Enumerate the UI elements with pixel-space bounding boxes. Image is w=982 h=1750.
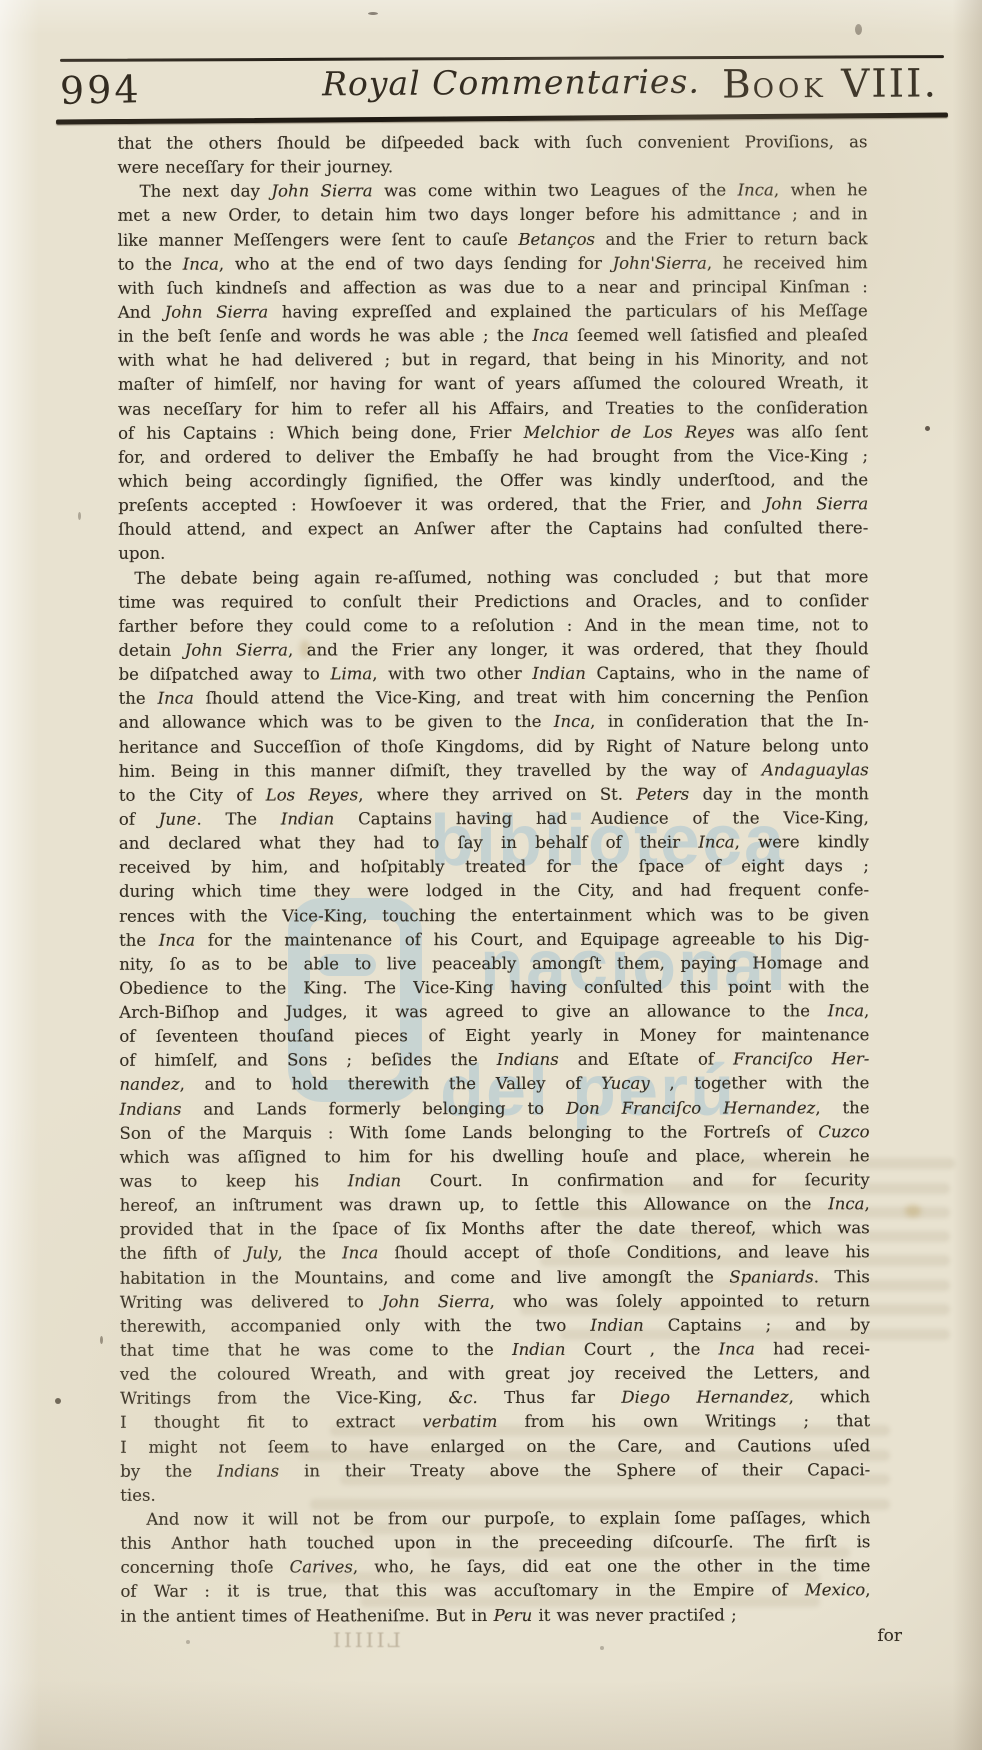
text-segment: were neceſſary for their journey. <box>117 157 393 177</box>
italic-word: Inca <box>719 1339 755 1358</box>
bleedthrough-signature: LIIIII <box>330 1628 401 1652</box>
text-line: of his Captains : Which being done, Frie… <box>118 420 868 446</box>
text-segment: for the maintenance of his Court, and Eq… <box>195 929 869 949</box>
italic-word: Inca <box>828 1194 864 1213</box>
text-segment: . This <box>814 1267 870 1286</box>
text-line: this Anthor hath touched upon in the pre… <box>120 1530 870 1556</box>
text-line: I might not ſeem to have enlarged on the… <box>120 1434 870 1460</box>
text-line: which was aſſigned to him for his dwelli… <box>120 1144 870 1170</box>
text-line: nandez, and to hold therewith the Valley… <box>119 1072 869 1098</box>
text-line: therewith, accompanied only with the two… <box>120 1313 870 1339</box>
text-segment: to the <box>118 254 183 273</box>
ink-speck <box>186 1640 190 1644</box>
text-segment: and declared what they had to ſay in beh… <box>119 833 698 853</box>
italic-word: &c. <box>449 1388 478 1407</box>
italic-word: Indian <box>590 1316 643 1335</box>
text-segment: Son of the Marquis : With ſome Lands bel… <box>120 1122 819 1142</box>
text-segment: , were kindly <box>735 832 869 851</box>
text-segment: by the <box>120 1461 217 1480</box>
text-segment: farther before they could come to a reſo… <box>118 615 868 636</box>
italic-word: Don Franciſco Hernandez <box>566 1098 815 1118</box>
italic-word: Peters <box>636 784 689 803</box>
ink-speck <box>78 512 81 520</box>
text-segment: And <box>118 303 165 322</box>
book-heading: Book VIII. <box>722 61 938 107</box>
text-segment: Thus far <box>478 1388 622 1407</box>
text-line: be diſpatched away to Lima, with two oth… <box>119 661 869 687</box>
book-smallcaps: ook <box>753 74 827 104</box>
text-segment: and the Frier to return back <box>595 229 868 249</box>
text-segment: of ſeventeen thouſand pieces of Eight ye… <box>119 1025 869 1046</box>
text-segment: this Anthor hath touched upon in the pre… <box>120 1532 870 1553</box>
text-line: hereof, an inſtrument was drawn up, to ſ… <box>120 1192 870 1218</box>
text-segment: the <box>119 930 159 949</box>
text-segment: it was never practiſed ; <box>532 1605 736 1624</box>
italic-word: Inca <box>158 689 194 708</box>
text-segment: having expreſſed and explained the parti… <box>268 301 868 321</box>
text-segment: like manner Meſſengers were ſent to cauſ… <box>118 230 519 250</box>
text-segment: him. Being in this manner diſmiſt, they … <box>119 760 762 780</box>
text-segment: Writings from the Vice-King, <box>120 1388 448 1408</box>
text-segment: ſhould attend, and expect an Anſwer afte… <box>118 518 868 539</box>
italic-word: John Sierra <box>165 302 269 321</box>
text-segment: in the beſt ſenſe and words he was able … <box>118 326 533 346</box>
text-segment: , who, he ſays, did eat one the other in… <box>353 1557 871 1577</box>
italic-word: Melchior de Los Reyes <box>524 422 735 441</box>
text-line: in the antient times of Heatheniſme. But… <box>121 1603 871 1629</box>
text-line: received by him, and hoſpitably treated … <box>119 854 869 880</box>
italic-word: Peru <box>494 1605 533 1624</box>
italic-word: Cuzco <box>818 1122 869 1141</box>
text-line: habitation in the Mountains, and come an… <box>120 1265 870 1291</box>
text-line: ved the coloured Wreath, and with great … <box>120 1361 870 1387</box>
text-segment: , which <box>789 1388 871 1407</box>
text-line: provided that in the ſpace of ſix Months… <box>120 1217 870 1243</box>
text-line: ſhould attend, and expect an Anſwer afte… <box>118 516 868 542</box>
text-line: which being accordingly ſignified, the O… <box>118 468 868 494</box>
italic-word: Carives <box>290 1558 353 1577</box>
italic-word: Diego Hernandez <box>621 1388 788 1407</box>
italic-word: John Sierra <box>271 182 372 201</box>
body-text: that the others ſhould be diſpeeded back… <box>117 130 870 1628</box>
text-line: Writings from the Vice-King, &c. Thus fa… <box>120 1386 870 1412</box>
text-segment: I might not ſeem to have enlarged on the… <box>120 1436 870 1457</box>
italic-word: Inca <box>159 930 195 949</box>
text-segment: for, and ordered to deliver the Embaſſy … <box>118 446 868 467</box>
ink-speck <box>600 1646 604 1650</box>
italic-word: Indian <box>348 1171 401 1190</box>
text-segment: And now it will not be from our purpoſe,… <box>146 1508 870 1529</box>
text-line: Indians and Lands formerly belonging to … <box>119 1096 869 1122</box>
text-line: And John Sierra having expreſſed and exp… <box>118 299 868 325</box>
text-segment: upon. <box>118 544 165 563</box>
text-segment: therewith, accompanied only with the two <box>120 1316 590 1336</box>
italic-word: Inca <box>698 833 734 852</box>
text-segment: Court. In confirmation and for ſecurity <box>401 1170 870 1190</box>
ink-speck <box>100 1336 103 1344</box>
italic-word: Indian <box>512 1340 565 1359</box>
text-segment: , and to hold therewith the Valley of <box>180 1074 602 1094</box>
text-segment: , the <box>815 1098 869 1117</box>
text-line: in the beſt ſenſe and words he was able … <box>118 323 868 349</box>
ink-speck <box>925 426 930 431</box>
text-segment: time was required to conſult their Predi… <box>118 591 868 612</box>
italic-word: Inca <box>738 181 774 200</box>
text-segment: ſhould accept of thoſe Conditions, and l… <box>378 1243 869 1263</box>
text-line: Obedience to the King. The Vice-King hav… <box>119 975 869 1001</box>
text-line: And now it will not be from our purpoſe,… <box>120 1506 870 1532</box>
text-segment: , <box>865 1581 870 1600</box>
text-segment: was alſo ſent <box>735 422 868 441</box>
text-line: for, and ordered to deliver the Embaſſy … <box>118 444 868 470</box>
italic-word: July <box>246 1244 278 1263</box>
italic-word: Andaguaylas <box>762 760 869 779</box>
italic-word: Indians <box>217 1461 279 1480</box>
book-page: biblioteca nacional del perú LIIIII 994 … <box>0 0 982 1750</box>
text-line: The next day John Sierra was come within… <box>118 178 868 204</box>
text-segment: Captains ; and by <box>644 1315 870 1334</box>
paragraph: The debate being again re-aſſumed, nothi… <box>118 565 870 1508</box>
text-segment: , with two other <box>372 664 532 683</box>
text-segment: , <box>864 1001 869 1020</box>
text-line: of ſeventeen thouſand pieces of Eight ye… <box>119 1023 869 1049</box>
italic-word: John Sierra <box>382 1292 490 1311</box>
text-segment: , when he <box>774 180 868 199</box>
italic-word: John'Sierra <box>613 253 707 272</box>
italic-word: nandez <box>119 1075 179 1094</box>
book-initial: B <box>722 62 753 107</box>
text-line: was neceſſary for him to refer all his A… <box>118 396 868 422</box>
text-line: the fifth of July, the Inca ſhould accep… <box>120 1241 870 1267</box>
text-segment: . The <box>196 809 280 828</box>
text-segment: ties. <box>120 1486 155 1505</box>
text-segment: , and the Frier any longer, it was order… <box>288 639 869 659</box>
italic-word: Indian <box>281 809 334 828</box>
text-segment: detain <box>118 641 184 660</box>
text-line: met a new Order, to detain him two days … <box>118 203 868 229</box>
text-segment: and allowance which was to be given to t… <box>119 712 554 732</box>
text-segment: habitation in the Mountains, and come an… <box>120 1267 730 1287</box>
text-line: to the Inca, who at the end of two days … <box>118 251 868 277</box>
text-segment: rences with the Vice-King, touching the … <box>119 905 869 926</box>
italic-word: Indian <box>532 664 585 683</box>
text-segment: provided that in the ſpace of ſix Months… <box>120 1219 870 1240</box>
text-line: and allowance which was to be given to t… <box>119 710 869 736</box>
text-segment: Obedience to the King. The Vice-King hav… <box>119 977 869 998</box>
text-segment: received by him, and hoſpitably treated … <box>119 856 869 877</box>
text-segment: heritance and Succeſſion of thoſe Kingdo… <box>119 736 869 757</box>
text-line: The debate being again re-aſſumed, nothi… <box>118 565 868 591</box>
text-segment: Court , the <box>565 1340 718 1359</box>
italic-word: June <box>159 810 197 829</box>
text-segment: ſeemed well ſatisfied and pleaſed <box>569 325 868 345</box>
text-line: I thought fit to extract verbatim from h… <box>120 1410 870 1436</box>
text-segment: maſter of himſelf, nor having for want o… <box>118 374 868 395</box>
text-segment: The next day <box>140 182 272 201</box>
italic-word: Inca <box>828 1001 864 1020</box>
text-segment: The debate being again re-aſſumed, nothi… <box>134 567 868 588</box>
text-segment: that time that he was come to the <box>120 1340 512 1360</box>
paragraph: that the others ſhould be diſpeeded back… <box>117 130 867 180</box>
text-segment: during which time they were lodged in th… <box>119 881 869 902</box>
text-segment: from his own Writings ; that <box>497 1412 870 1432</box>
text-segment: the fifth of <box>120 1244 246 1263</box>
text-line: by the Indians in their Treaty above the… <box>120 1458 870 1484</box>
text-segment: had recei- <box>755 1339 870 1358</box>
text-segment: of <box>119 810 159 829</box>
text-line: and declared what they had to ſay in beh… <box>119 830 869 856</box>
paragraph: The next day John Sierra was come within… <box>118 178 869 566</box>
text-segment: day in the month <box>689 784 869 803</box>
text-segment: , the <box>278 1244 343 1263</box>
text-segment: Captains having had Audience of the Vice… <box>334 808 869 828</box>
text-line: during which time they were lodged in th… <box>119 879 869 905</box>
text-segment: was come within two Leagues of the <box>373 181 738 201</box>
text-line: Son of the Marquis : With ſome Lands bel… <box>120 1120 870 1146</box>
text-segment: in their Treaty above the Sphere of thei… <box>279 1460 870 1480</box>
text-line: that the others ſhould be diſpeeded back… <box>117 130 867 156</box>
text-line: him. Being in this manner diſmiſt, they … <box>119 758 869 784</box>
text-segment: which was aſſigned to him for his dwelli… <box>120 1146 870 1167</box>
italic-word: John Sierra <box>765 494 869 513</box>
text-segment: of himſelf, and Sons ; beſides the <box>119 1050 496 1070</box>
text-line: that time that he was come to the Indian… <box>120 1337 870 1363</box>
italic-word: Franciſco Her- <box>733 1050 869 1069</box>
text-line: Writing was delivered to John Sierra, wh… <box>120 1289 870 1315</box>
text-segment: Arch-Biſhop and Judges, it was agreed to… <box>119 1001 828 1021</box>
italic-word: Los Reyes <box>266 785 359 804</box>
text-segment: which being accordingly ſignified, the O… <box>118 470 868 491</box>
text-line: maſter of himſelf, nor having for want o… <box>118 372 868 398</box>
text-segment: the <box>119 689 158 708</box>
text-line: concerning thoſe Carives, who, he ſays, … <box>120 1555 870 1581</box>
text-line: upon. <box>118 541 868 567</box>
text-segment: , in conſideration that the In- <box>590 712 869 732</box>
text-segment: of his Captains : Which being done, Frie… <box>118 423 524 443</box>
italic-word: John Sierra <box>185 640 288 659</box>
italic-word: Indians <box>497 1050 559 1069</box>
text-line: rences with the Vice-King, touching the … <box>119 903 869 929</box>
italic-word: Inca <box>342 1244 378 1263</box>
italic-word: Betanços <box>518 229 595 248</box>
text-segment: hereof, an inſtrument was drawn up, to ſ… <box>120 1194 829 1214</box>
text-segment: concerning thoſe <box>120 1558 289 1577</box>
header-rule-bottom <box>56 112 948 124</box>
text-segment: , <box>864 1194 869 1213</box>
text-segment: , who at the end of two days ſending for <box>219 253 613 273</box>
text-segment: preſents accepted : Howſoever it was ord… <box>118 495 765 515</box>
text-segment: Captains, who in the name of <box>586 663 869 683</box>
italic-word: verbatim <box>422 1412 497 1431</box>
text-segment: in the antient times of Heatheniſme. But… <box>121 1606 494 1626</box>
italic-word: Inca <box>554 712 590 731</box>
text-segment: to the City of <box>119 785 266 804</box>
text-segment: , together with the <box>650 1074 870 1093</box>
catchword: for <box>877 1626 902 1646</box>
italic-word: Inca <box>533 326 569 345</box>
text-line: was to keep his Indian Court. In confirm… <box>120 1168 870 1194</box>
italic-word: Indians <box>119 1099 181 1118</box>
text-segment: with ſuch kindneſs and affection as was … <box>118 277 868 298</box>
text-segment: Writing was delivered to <box>120 1292 382 1312</box>
text-segment: , where they arrived on St. <box>358 784 636 804</box>
text-line: detain John Sierra, and the Frier any lo… <box>118 637 868 663</box>
text-segment: that the others ſhould be diſpeeded back… <box>117 132 867 153</box>
italic-word: Yucay <box>601 1074 650 1093</box>
text-line: time was required to conſult their Predi… <box>118 589 868 615</box>
text-segment: and Eſtate of <box>559 1050 733 1069</box>
text-segment: nity, ſo as to be able to live peaceably… <box>119 953 869 974</box>
italic-word: Mexico <box>805 1581 865 1600</box>
text-line: the Inca ſhould attend the Vice-King, an… <box>119 685 869 711</box>
text-line: with what he had delivered ; but in rega… <box>118 347 868 373</box>
text-segment: of War : it is true, that this was accuſ… <box>120 1581 804 1601</box>
text-line: of June. The Indian Captains having had … <box>119 806 869 832</box>
book-numeral: VIII. <box>841 61 938 107</box>
text-line: Arch-Biſhop and Judges, it was agreed to… <box>119 999 869 1025</box>
foxing-spot <box>905 1205 921 1217</box>
text-segment: I thought fit to extract <box>120 1413 422 1433</box>
text-line: nity, ſo as to be able to live peaceably… <box>119 951 869 977</box>
text-segment: , he received him <box>707 253 868 272</box>
text-line: to the City of Los Reyes, where they arr… <box>119 782 869 808</box>
ink-speck <box>368 12 378 15</box>
text-line: were neceſſary for their journey. <box>117 154 867 180</box>
text-line: farther before they could come to a reſo… <box>118 613 868 639</box>
text-line: of War : it is true, that this was accuſ… <box>120 1579 870 1605</box>
text-segment: ved the coloured Wreath, and with great … <box>120 1363 870 1384</box>
text-line: preſents accepted : Howſoever it was ord… <box>118 492 868 518</box>
text-segment: met a new Order, to detain him two days … <box>118 205 868 226</box>
text-line: of himſelf, and Sons ; beſides the India… <box>119 1048 869 1074</box>
text-segment: be diſpatched away to <box>119 664 331 683</box>
ink-speck <box>55 1398 61 1404</box>
text-segment: ſhould attend the Vice-King, and treat w… <box>194 687 869 707</box>
italic-word: Inca <box>183 254 219 273</box>
paragraph: And now it will not be from our purpoſe,… <box>120 1506 870 1628</box>
text-line: heritance and Succeſſion of thoſe Kingdo… <box>119 734 869 760</box>
text-line: with ſuch kindneſs and affection as was … <box>118 275 868 301</box>
ink-speck <box>855 24 862 35</box>
text-segment: with what he had delivered ; but in rega… <box>118 349 868 370</box>
text-segment: and Lands formerly belonging to <box>181 1098 566 1118</box>
text-segment: , who was ſolely appointed to return <box>490 1291 870 1311</box>
text-segment: was neceſſary for him to refer all his A… <box>118 398 868 419</box>
text-line: like manner Meſſengers were ſent to cauſ… <box>118 227 868 253</box>
italic-word: Lima <box>330 664 372 683</box>
italic-word: Spaniards <box>729 1267 813 1286</box>
text-segment: was to keep his <box>120 1171 348 1190</box>
text-line: the Inca for the maintenance of his Cour… <box>119 927 869 953</box>
text-line: ties. <box>120 1482 870 1508</box>
